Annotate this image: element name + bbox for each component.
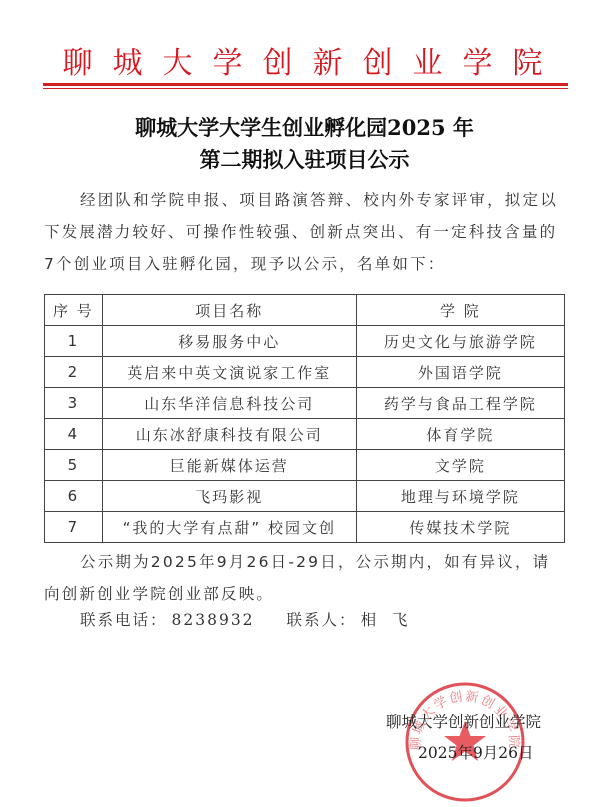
cell-project: 巨能新媒体运营 bbox=[102, 450, 356, 481]
contact-person-label: 联系人： bbox=[287, 611, 357, 629]
document-title-line2: 第二期拟入驻项目公示 bbox=[0, 146, 609, 174]
letterhead-org-name: 聊城大学创新创业学院 bbox=[0, 44, 609, 84]
intro-paragraph: 经团队和学院申报、项目路演答辩、校内外专家评审，拟定以下发展潜力较好、可操作性较… bbox=[44, 184, 566, 280]
table-header-row: 序 号 项目名称 学 院 bbox=[45, 295, 565, 326]
cell-college: 体育学院 bbox=[356, 419, 564, 450]
cell-college: 历史文化与旅游学院 bbox=[356, 326, 564, 357]
contact-person: 相 飞 bbox=[361, 611, 410, 629]
notice-paragraph: 公示期为2025年9月26日-29日，公示期内，如有异议，请向创新创业学院创业部… bbox=[44, 546, 566, 610]
header-college: 学 院 bbox=[356, 295, 564, 326]
project-table: 序 号 项目名称 学 院 1 移易服务中心 历史文化与旅游学院 2 英启来中英文… bbox=[44, 294, 565, 543]
cell-college: 外国语学院 bbox=[356, 357, 564, 388]
notice-text: 公示期为2025年9月26日-29日，公示期内，如有异议，请向创新创业学院创业部… bbox=[44, 553, 550, 603]
cell-college: 地理与环境学院 bbox=[356, 481, 564, 512]
cell-project: 飞玛影视 bbox=[102, 481, 356, 512]
intro-text: 经团队和学院申报、项目路演答辩、校内外专家评审，拟定以下发展潜力较好、可操作性较… bbox=[44, 191, 558, 273]
letterhead-rule-thick bbox=[43, 83, 568, 86]
table-row: 2 英启来中英文演说家工作室 外国语学院 bbox=[45, 357, 565, 388]
table-row: 7 “我的大学有点甜” 校园文创 传媒技术学院 bbox=[45, 512, 565, 543]
cell-number: 7 bbox=[45, 512, 103, 543]
cell-number: 1 bbox=[45, 326, 103, 357]
cell-number: 2 bbox=[45, 357, 103, 388]
letterhead-rule-thin bbox=[43, 88, 568, 89]
cell-college: 传媒技术学院 bbox=[356, 512, 564, 543]
phone-label: 联系电话： bbox=[80, 611, 168, 629]
signature-date: 2025年9月26日 bbox=[418, 741, 534, 763]
table-row: 3 山东华洋信息科技公司 药学与食品工程学院 bbox=[45, 388, 565, 419]
cell-college: 文学院 bbox=[356, 450, 564, 481]
cell-project: 移易服务中心 bbox=[102, 326, 356, 357]
cell-project: 英启来中英文演说家工作室 bbox=[102, 357, 356, 388]
header-project-name: 项目名称 bbox=[102, 295, 356, 326]
cell-number: 5 bbox=[45, 450, 103, 481]
cell-project: 山东华洋信息科技公司 bbox=[102, 388, 356, 419]
cell-project: 山东冰舒康科技有限公司 bbox=[102, 419, 356, 450]
contact-line: 联系电话：8238932联系人：相 飞 bbox=[80, 608, 413, 630]
cell-number: 3 bbox=[45, 388, 103, 419]
phone-number: 8238932 bbox=[172, 611, 255, 629]
table-row: 1 移易服务中心 历史文化与旅游学院 bbox=[45, 326, 565, 357]
table-row: 6 飞玛影视 地理与环境学院 bbox=[45, 481, 565, 512]
document-title-line1: 聊城大学大学生创业孵化园2025 年 bbox=[0, 114, 609, 142]
cell-college: 药学与食品工程学院 bbox=[356, 388, 564, 419]
cell-number: 4 bbox=[45, 419, 103, 450]
table-row: 4 山东冰舒康科技有限公司 体育学院 bbox=[45, 419, 565, 450]
header-number: 序 号 bbox=[45, 295, 103, 326]
cell-project: “我的大学有点甜” 校园文创 bbox=[102, 512, 356, 543]
cell-number: 6 bbox=[45, 481, 103, 512]
table-row: 5 巨能新媒体运营 文学院 bbox=[45, 450, 565, 481]
signature-org: 聊城大学创新创业学院 bbox=[386, 710, 541, 732]
